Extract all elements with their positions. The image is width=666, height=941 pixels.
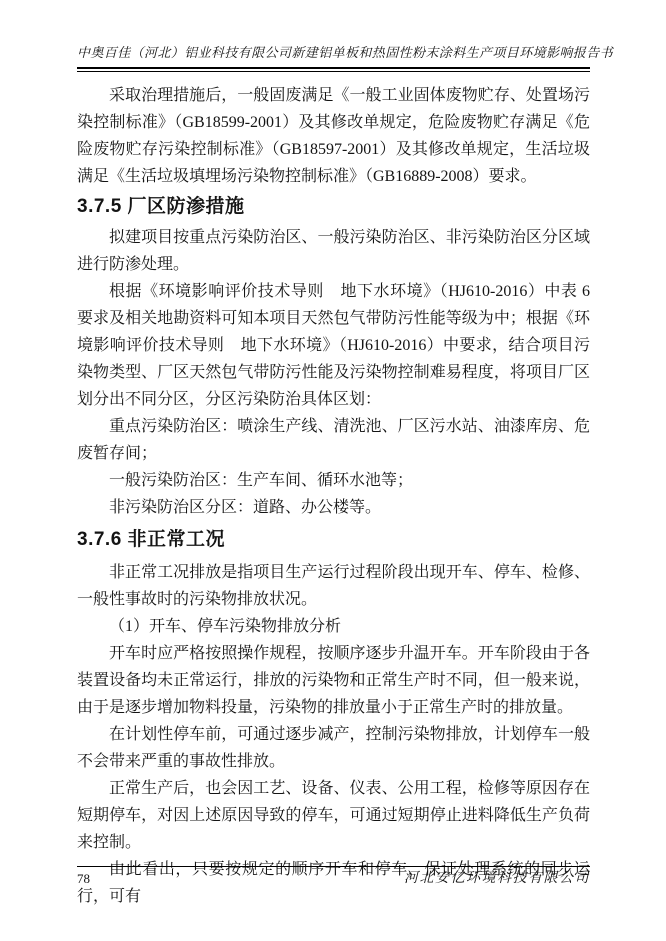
header-double-rule bbox=[77, 67, 590, 72]
paragraph-short-term-shutdown: 正常生产后，也会因工艺、设备、仪表、公用工程，检修等原因存在短期停车，对因上述原… bbox=[77, 775, 590, 856]
paragraph-startup-procedure: 开车时应严格按照操作规程，按顺序逐步升温开车。开车阶段由于各装置设备均未正常运行… bbox=[77, 640, 590, 721]
paragraph-zoning-intro: 拟建项目按重点污染防治区、一般污染防治区、非污染防治区分区域进行防渗处理。 bbox=[77, 224, 590, 278]
footer-company-name: 河北安亿环境科技有限公司 bbox=[404, 870, 590, 887]
paragraph-planned-shutdown: 在计划性停车前，可通过逐步减产，控制污染物排放，计划停车一般不会带来严重的事故性… bbox=[77, 721, 590, 775]
paragraph-abnormal-condition-definition: 非正常工况排放是指项目生产运行过程阶段出现开车、停车、检修、一般性事故时的污染物… bbox=[77, 559, 590, 613]
page-footer: 78 河北安亿环境科技有限公司 bbox=[77, 866, 590, 887]
document-page: 中奥百佳（河北）铝业科技有限公司新建铝单板和热固性粉末涂料生产项目环境影响报告书… bbox=[0, 0, 666, 941]
page-number: 78 bbox=[77, 870, 90, 887]
section-heading-3-7-6: 3.7.6 非正常工况 bbox=[77, 525, 590, 555]
paragraph-non-pollution-zone: 非污染防治区分区：道路、办公楼等。 bbox=[77, 494, 590, 521]
paragraph-hj610-basis: 根据《环境影响评价技术导则 地下水环境》（HJ610-2016）中表 6 要求及… bbox=[77, 278, 590, 413]
section-heading-3-7-5: 3.7.5 厂区防渗措施 bbox=[77, 192, 590, 222]
paragraph-solid-waste-standards: 采取治理措施后，一般固废满足《一般工业固体废物贮存、处置场污染控制标准》（GB1… bbox=[77, 82, 590, 190]
document-body: 采取治理措施后，一般固废满足《一般工业固体废物贮存、处置场污染控制标准》（GB1… bbox=[77, 82, 590, 910]
paragraph-general-pollution-zone: 一般污染防治区：生产车间、循环水池等； bbox=[77, 467, 590, 494]
running-header-title: 中奥百佳（河北）铝业科技有限公司新建铝单板和热固性粉末涂料生产项目环境影响报告书 bbox=[77, 44, 590, 62]
paragraph-key-pollution-zone: 重点污染防治区：喷涂生产线、清洗池、厂区污水站、油漆库房、危废暂存间； bbox=[77, 413, 590, 467]
page-header: 中奥百佳（河北）铝业科技有限公司新建铝单板和热固性粉末涂料生产项目环境影响报告书 bbox=[77, 44, 590, 72]
paragraph-startup-shutdown-analysis-title: （1）开车、停车污染物排放分析 bbox=[77, 613, 590, 640]
